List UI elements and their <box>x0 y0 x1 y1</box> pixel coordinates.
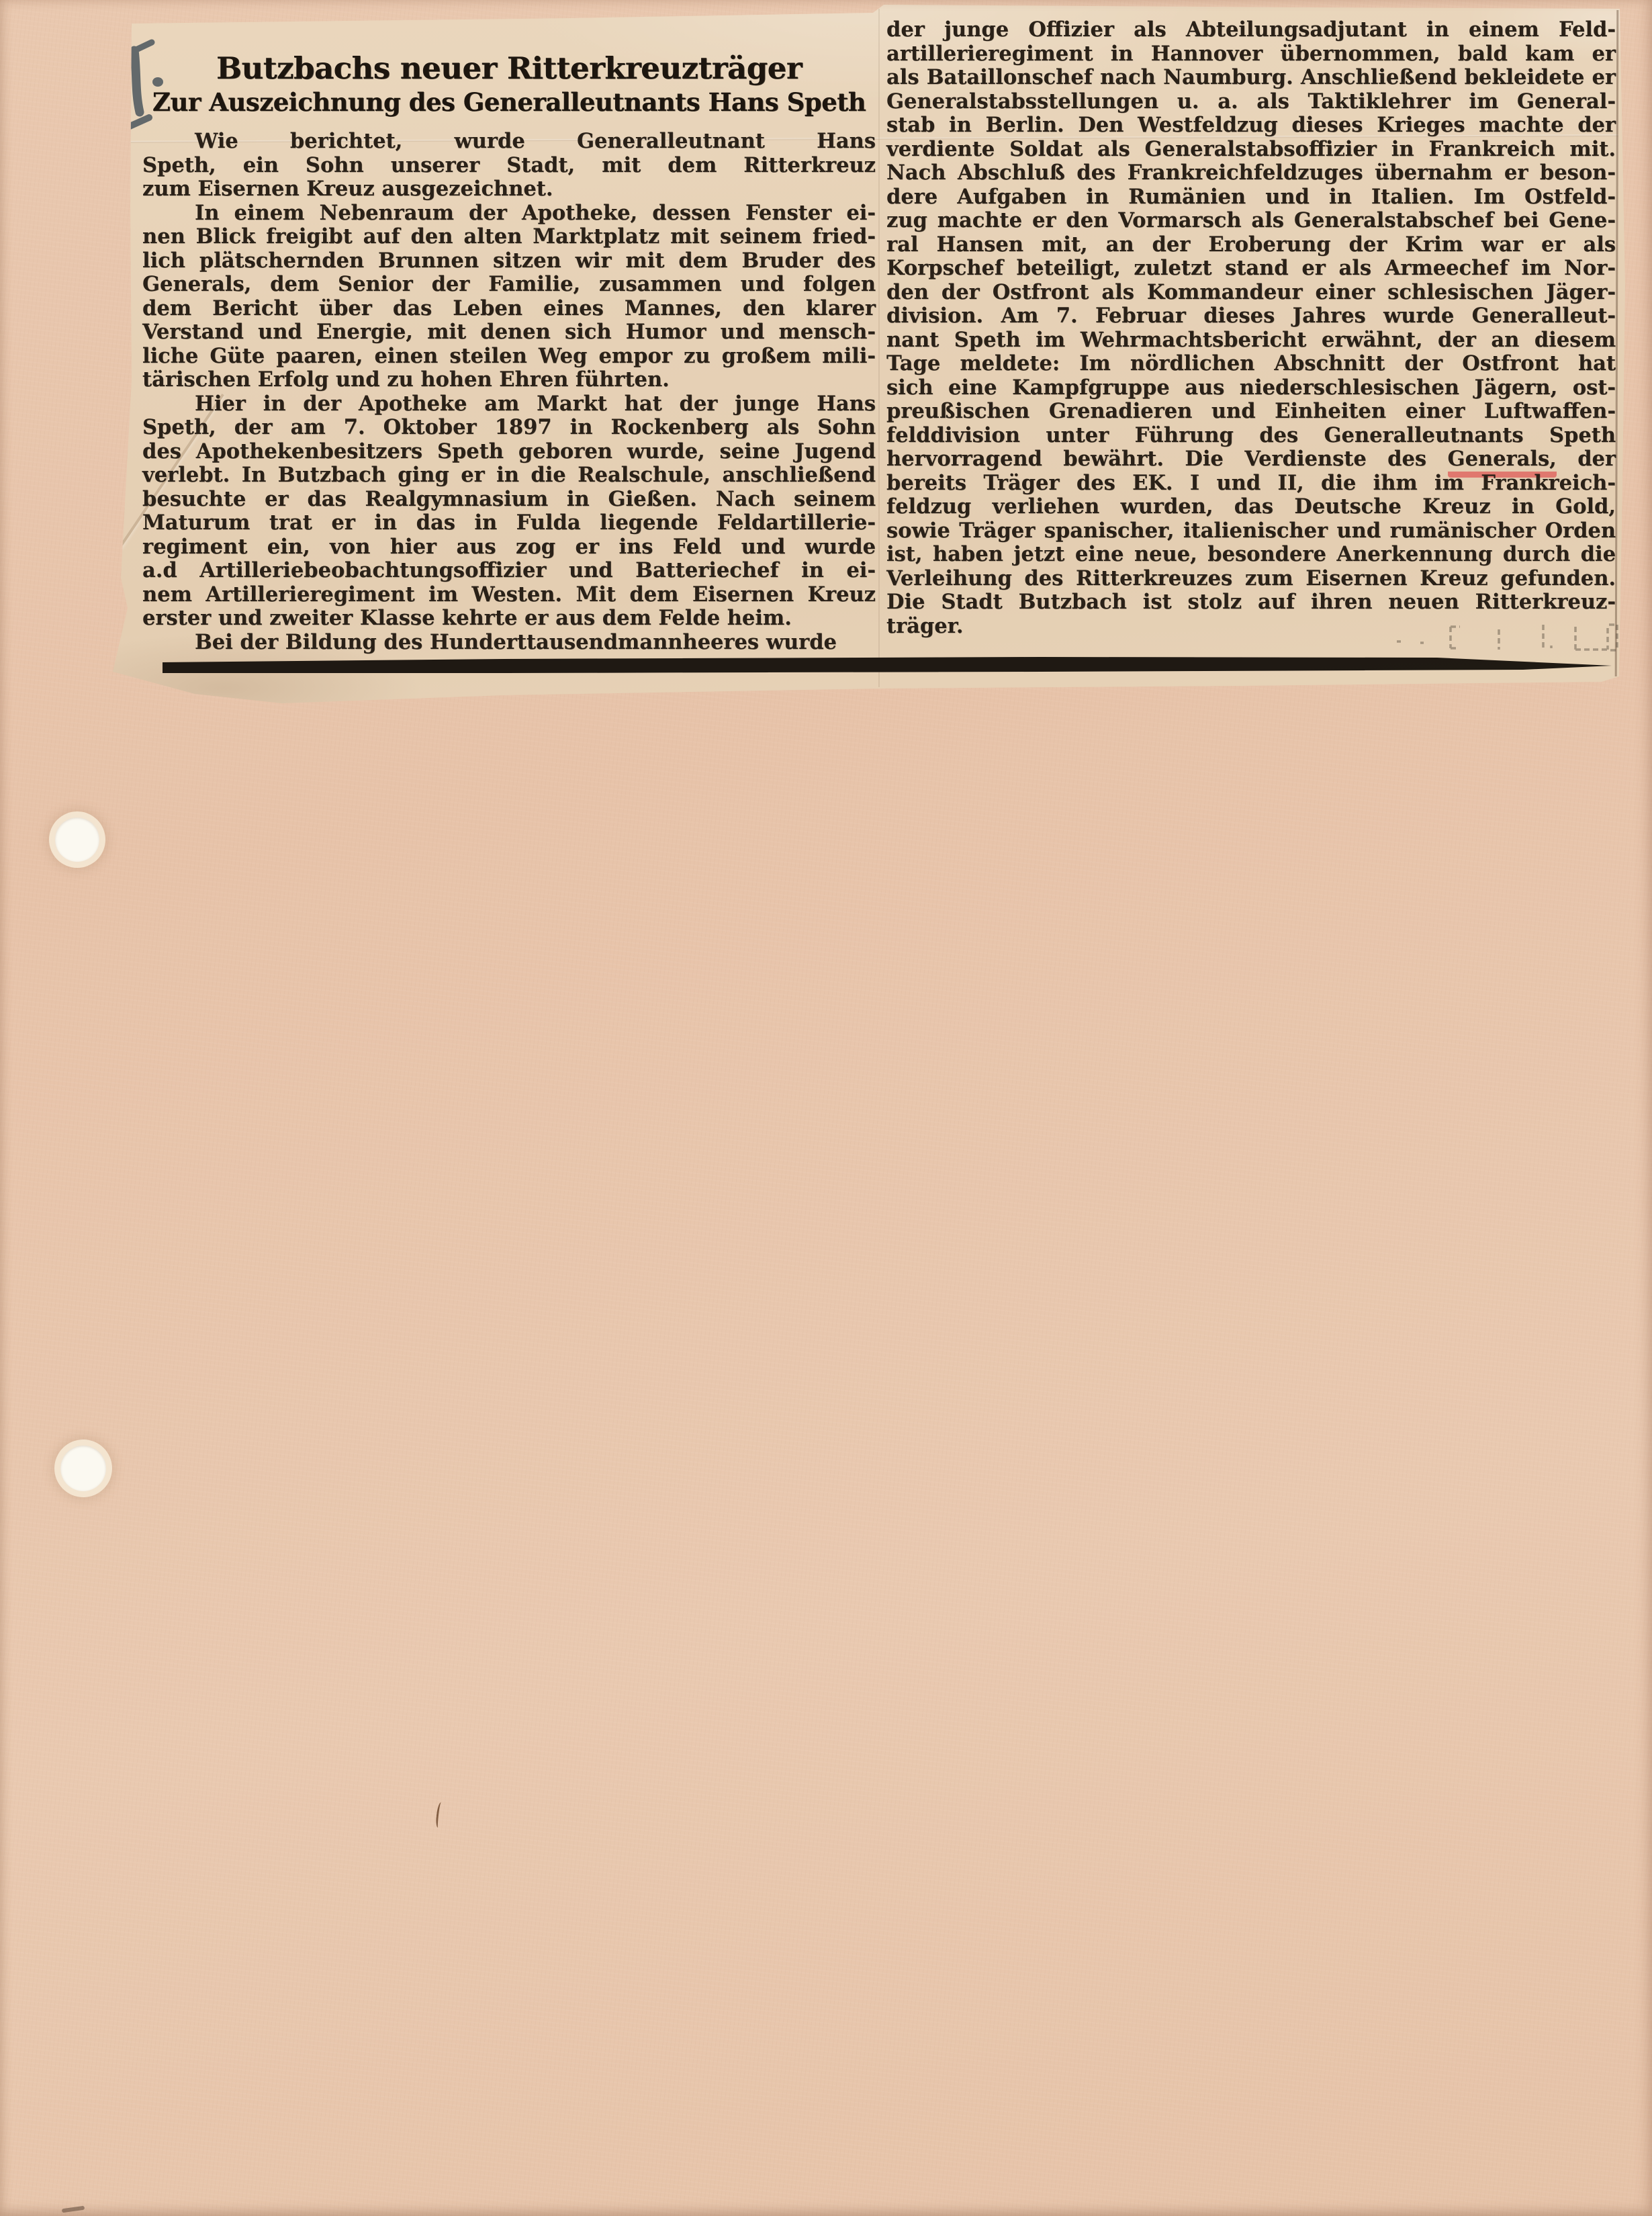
text-line: besuchte er das Realgymnasium in Gießen.… <box>142 488 876 512</box>
paragraph: Wie berichtet, wurde Generalleutnant Han… <box>142 130 876 202</box>
text-line: nem Artillerieregiment im Westen. Mit de… <box>142 583 876 607</box>
text-line: zum Eisernen Kreuz ausgezeichnet. <box>142 177 876 202</box>
left-column-body: Wie berichtet, wurde Generalleutnant Han… <box>142 130 876 654</box>
sub-headline: Zur Auszeichnung des Generalleutnants Ha… <box>142 87 876 118</box>
text-line: dem Bericht über das Leben eines Mannes,… <box>142 297 876 321</box>
text-line: erster und zweiter Klasse kehrte er aus … <box>142 607 876 631</box>
text-line: Korpschef beteiligt, zuletzt stand er al… <box>886 257 1616 281</box>
text-line: sich eine Kampfgruppe aus niederschlesis… <box>886 376 1616 400</box>
text-line: ist, haben jetzt eine neue, besondere An… <box>886 543 1616 567</box>
text-line: In einem Nebenraum der Apotheke, dessen … <box>142 202 876 226</box>
bottom-edge-speck <box>62 2206 85 2213</box>
text-line: lich plätschernden Brunnen sitzen wir mi… <box>142 249 876 273</box>
text-line: Wie berichtet, wurde Generalleutnant Han… <box>142 130 876 154</box>
hole-punch-bottom <box>60 1446 106 1491</box>
text-line: dere Aufgaben in Rumänien und in Italien… <box>886 185 1616 210</box>
text-line: nen Blick freigibt auf den alten Marktpl… <box>142 225 876 249</box>
text-line: Nach Abschluß des Frankreichfeldzuges üb… <box>886 161 1616 185</box>
paper-fiber-speck <box>435 1802 444 1828</box>
headline: Butzbachs neuer Ritterkreuzträger <box>142 50 876 87</box>
text-line: der junge Offizier als Abteilungsadjutan… <box>886 18 1616 42</box>
text-line: bereits Träger des EK. I und II, die ihm… <box>886 472 1616 496</box>
text-line: division. Am 7. Februar dieses Jahres wu… <box>886 304 1616 328</box>
right-column: der junge Offizier als Abteilungsadjutan… <box>886 18 1616 638</box>
text-line: a.d Artilleriebeobachtungsoffizier und B… <box>142 559 876 583</box>
album-page: Butzbachs neuer Ritterkreuzträger Zur Au… <box>0 0 1652 2216</box>
text-line: sowie Träger spanischer, italienischer u… <box>886 519 1616 543</box>
text-line: als Bataillonschef nach Naumburg. Anschl… <box>886 66 1616 90</box>
text-line: Verleihung des Ritterkreuzes zum Eiserne… <box>886 567 1616 591</box>
text-line: regiment ein, von hier aus zog er ins Fe… <box>142 535 876 560</box>
text-line: Die Stadt Butzbach ist stolz auf ihren n… <box>886 590 1616 615</box>
text-line: den der Ostfront als Kommandeur einer sc… <box>886 281 1616 305</box>
left-column: Butzbachs neuer Ritterkreuzträger Zur Au… <box>142 50 876 654</box>
text-line: Generals, dem Senior der Familie, zusamm… <box>142 273 876 297</box>
text-line: verlebt. In Butzbach ging er in die Real… <box>142 463 876 488</box>
text-line: zug machte er den Vormarsch als Generals… <box>886 209 1616 233</box>
text-line: liche Güte paaren, einen steilen Weg emp… <box>142 345 876 369</box>
paragraph: Hier in der Apotheke am Markt hat der ju… <box>142 392 876 631</box>
text-line: verdiente Soldat als Generalstabsoffizie… <box>886 138 1616 162</box>
text-line: träger. <box>886 615 1616 639</box>
text-line: artillerieregiment in Hannover übernomme… <box>886 42 1616 67</box>
text-line: Hier in der Apotheke am Markt hat der ju… <box>142 392 876 416</box>
text-line: hervorragend bewährt. Die Verdienste des… <box>886 447 1616 472</box>
text-line: tärischen Erfolg und zu hohen Ehren führ… <box>142 368 876 392</box>
paragraph: Bei der Bildung des Hunderttausendmannhe… <box>142 631 876 655</box>
text-line: nant Speth im Wehrmachtsbericht erwähnt,… <box>886 328 1616 353</box>
hole-punch-top <box>55 817 99 862</box>
text-line: felddivision unter Führung des Generalle… <box>886 424 1616 448</box>
text-line: des Apothekenbesitzers Speth geboren wur… <box>142 440 876 464</box>
text-line: Speth, ein Sohn unserer Stadt, mit dem R… <box>142 154 876 178</box>
paragraph: In einem Nebenraum der Apotheke, dessen … <box>142 202 876 392</box>
text-line: Bei der Bildung des Hunderttausendmannhe… <box>142 631 876 655</box>
text-line: Speth, der am 7. Oktober 1897 in Rockenb… <box>142 416 876 440</box>
column-gutter-crease <box>878 9 880 687</box>
text-line: stab in Berlin. Den Westfeldzug dieses K… <box>886 114 1616 138</box>
text-line: Generalstabsstellungen u. a. als Taktikl… <box>886 90 1616 114</box>
text-line: ral Hansen mit, an der Eroberung der Kri… <box>886 233 1616 257</box>
text-line: Verstand und Energie, mit denen sich Hum… <box>142 320 876 345</box>
text-line: Maturum trat er in das in Fulda liegende… <box>142 511 876 535</box>
newspaper-clipping: Butzbachs neuer Ritterkreuzträger Zur Au… <box>101 3 1639 717</box>
text-line: preußischen Grenadieren und Einheiten ei… <box>886 400 1616 424</box>
black-rule <box>163 657 1612 673</box>
text-line: Tage meldete: Im nördlichen Abschnitt de… <box>886 352 1616 376</box>
text-line: feldzug verliehen wurden, das Deutsche K… <box>886 495 1616 519</box>
